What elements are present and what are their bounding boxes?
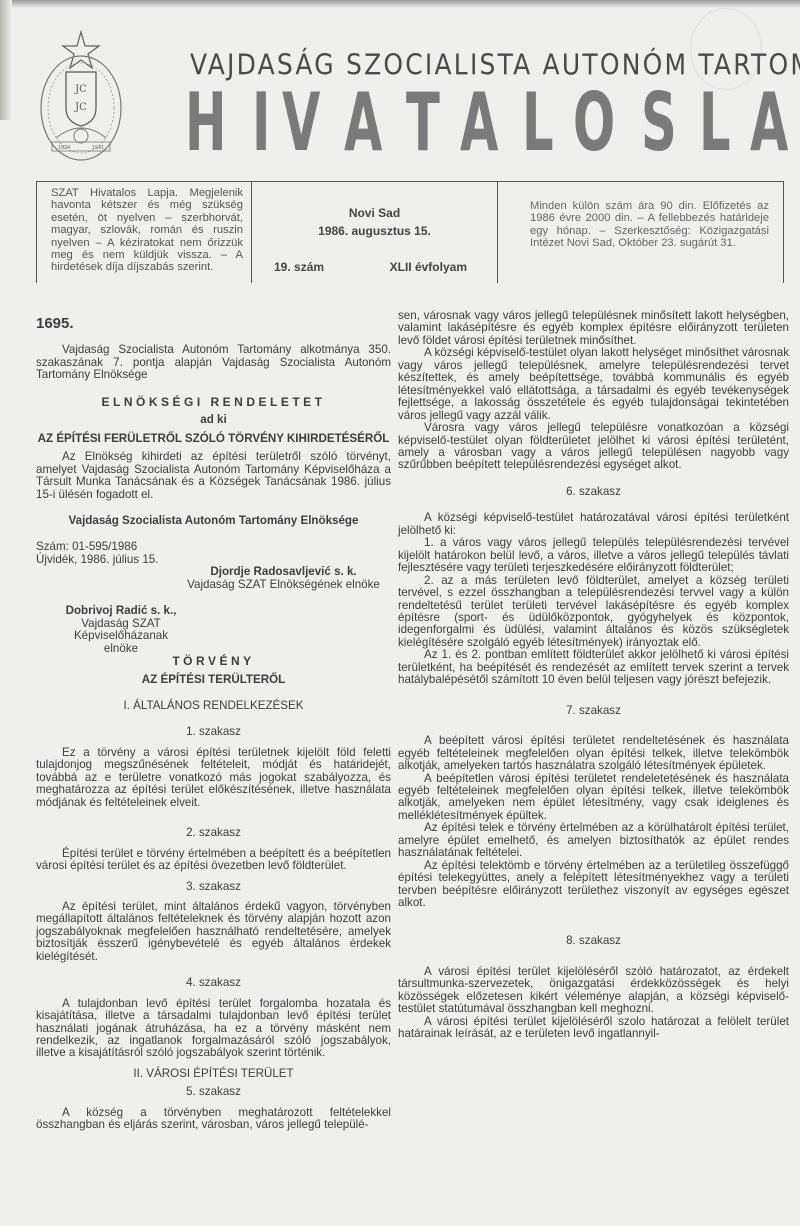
title-letter: L	[699, 83, 731, 163]
title-letter: A	[750, 83, 788, 163]
document-number: 1695.	[36, 318, 391, 330]
section-text: Ez a törvény a városi építési területnek…	[36, 747, 391, 809]
title-letter: T	[406, 83, 440, 163]
section-title: 1. szakasz	[36, 726, 391, 738]
issue-info: Novi Sad 1986. augusztus 15. 19. szám XL…	[252, 182, 498, 283]
section-text: A városi építési terület kijelöléséről s…	[398, 1016, 789, 1041]
title-letter: L	[522, 83, 554, 163]
right-column: sen, városnak vagy város jellegű települ…	[398, 310, 789, 1041]
section-text: 2. az a más területen levő földterület, …	[398, 575, 789, 650]
masthead-info-box: SZAT Hivatalos Lapja. Megjelenik havonta…	[36, 181, 784, 283]
section-title: 4. szakasz	[36, 977, 391, 989]
section-text: A városi építési terület kijelöléséről s…	[398, 966, 789, 1016]
decree-body: Az Elnökség kihirdeti az építési terület…	[36, 451, 391, 501]
section-text: Az 1. és 2. pontban említett földterület…	[398, 649, 789, 686]
scan-edge-shadow-left	[0, 0, 12, 120]
chapter-heading: II. VÁROSI ÉPÍTÉSI TERÜLET	[36, 1068, 391, 1080]
section-text: A községi képviselő-testület olyan lakot…	[398, 347, 789, 422]
section-title: 7. szakasz	[398, 705, 789, 717]
decree-subheading: ad ki	[36, 414, 391, 426]
issue-number: 19. szám	[274, 260, 324, 274]
signer-1-title: Vajdaság SZAT Elnökségének elnöke	[176, 579, 391, 591]
issue-volume: XLII évfolyam	[390, 260, 467, 274]
signer-2-name: Dobrivoj Radić s. k.,	[36, 605, 206, 617]
preamble: Vajdaság Szocialista Autonóm Tartomány a…	[36, 344, 391, 381]
law-heading: TÖRVÉNY	[36, 655, 391, 667]
section-text: 1. a város vagy város jellegű település …	[398, 537, 789, 574]
section-text: Városra vagy város jellegű településre v…	[398, 422, 789, 472]
scan-edge-shadow	[0, 0, 800, 8]
title-letter: H	[185, 83, 227, 163]
svg-text:ЈС: ЈС	[74, 84, 87, 95]
section-title: 3. szakasz	[36, 881, 391, 893]
section-text: A tulajdonban levő építési terület forga…	[36, 998, 391, 1060]
signer-1-name: Djordje Radosavljević s. k.	[176, 566, 391, 578]
svg-text:1924: 1924	[58, 145, 70, 151]
chapter-heading: I. ÁLTALÁNOS RENDELKEZÉSEK	[36, 700, 391, 712]
section-title: 8. szakasz	[398, 935, 789, 947]
section-text: Az építési terület, mint általános érdek…	[36, 901, 391, 963]
title-letter: S	[641, 83, 677, 163]
decree-title: AZ ÉPÍTÉSI FERÜLETRŐL SZÓLÓ TÖRVÉNY KIHI…	[36, 433, 391, 445]
section-text: sen, városnak vagy város jellegű települ…	[398, 310, 789, 347]
title-letter: V	[282, 83, 320, 163]
section-text: A községi képviselő-testület határozatáv…	[398, 512, 789, 537]
section-text: Építési terület e törvény értelmében a b…	[36, 848, 391, 873]
title-letter: A	[344, 83, 382, 163]
coat-of-arms-icon: ЈС ЈС 1924 1941	[36, 30, 126, 170]
svg-text:1941: 1941	[92, 145, 104, 151]
section-title: 6. szakasz	[398, 486, 789, 498]
section-text: A község a törvényben meghatározott felt…	[36, 1107, 391, 1132]
law-title: AZ ÉPÍTÉSI TERÜLTERŐL	[36, 674, 391, 686]
svg-text:ЈС: ЈС	[74, 102, 87, 113]
left-column: 1695. Vajdaság Szocialista Autonóm Tarto…	[36, 318, 391, 1132]
subscription-info: Minden külön szám ára 90 din. Előfizetés…	[498, 182, 783, 283]
publication-info: SZAT Hivatalos Lapja. Megjelenik havonta…	[37, 182, 252, 283]
section-text: A beépített városi építési területet ren…	[398, 735, 789, 772]
section-text: Az építési telek e törvény értelmében az…	[398, 822, 789, 859]
masthead-title: H I V A T A L O S L A P J A	[185, 83, 760, 163]
section-title: 2. szakasz	[36, 827, 391, 839]
section-text: Az építési telektömb e törvény értelmébe…	[398, 860, 789, 910]
issue-city: Novi Sad	[252, 206, 497, 220]
issuer: Vajdaság Szocialista Autonóm Tartomány E…	[36, 515, 391, 527]
title-letter: I	[252, 83, 270, 163]
decree-heading: ELNÖKSÉGI RENDELETET	[36, 396, 391, 408]
title-letter: O	[573, 83, 615, 163]
section-text: A beépítetlen városi építési területet r…	[398, 773, 789, 823]
title-letter: A	[460, 83, 498, 163]
issue-date: 1986. augusztus 15.	[252, 224, 497, 238]
signer-2-title: Vajdaság SZAT Képviselőházanak	[36, 618, 206, 643]
section-title: 5. szakasz	[36, 1086, 391, 1098]
